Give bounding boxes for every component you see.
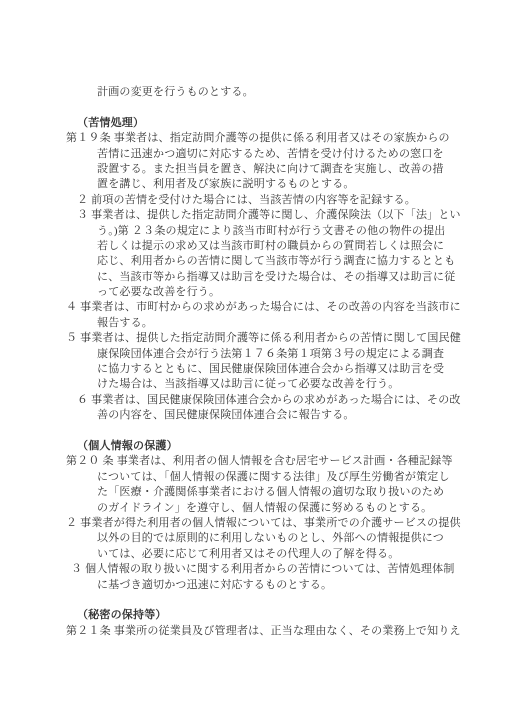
document-page: 計画の変更を行うものとする。 （苦情処理） 第１９条 事業者は、指定訪問介護等の… bbox=[0, 0, 509, 720]
text-line: 康保険団体連合会が行う法第１７６条第１項第３号の規定による調査 bbox=[0, 347, 509, 362]
text-line: ３ 個人情報の取り扱いに関する利用者からの苦情については、苦情処理体制 bbox=[0, 562, 509, 577]
section-heading: （個人情報の保護） bbox=[0, 439, 509, 454]
section-heading: （苦情処理） bbox=[0, 116, 509, 131]
text-line: 第２１条 事業所の従業員及び管理者は、正当な理由なく、その業務上で知りえ bbox=[0, 624, 509, 639]
text-line: については、「個人情報の保護に関する法律」及び厚生労働省が策定し bbox=[0, 470, 509, 485]
text-line: う。)第 ２３条の規定により該当市町村が行う文書その他の物件の提出 bbox=[0, 224, 509, 239]
text-line: 置を講じ、利用者及び家族に説明するものとする。 bbox=[0, 177, 509, 192]
text-line: ４ 事業者は、市町村からの求めがあった場合には、その改善の内容を当該市に bbox=[0, 300, 509, 315]
text-line: 第２０ 条 事業者は、利用者の個人情報を含む居宅サービス計画・各種記録等 bbox=[0, 454, 509, 469]
text-line: いては、必要に応じて利用者又はその代理人の了解を得る。 bbox=[0, 547, 509, 562]
text-line: 若しくは提示の求め又は当該市町村の職員からの質問若しくは照会に bbox=[0, 239, 509, 254]
text-line: 以外の目的では原則的に利用しないものとし、外部への情報提供につ bbox=[0, 531, 509, 546]
text-line: 設置する。また担当員を置き、解決に向けて調査を実施し、改善の措 bbox=[0, 162, 509, 177]
section-heading: （秘密の保持等） bbox=[0, 608, 509, 623]
section-confidentiality: （秘密の保持等） 第２１条 事業所の従業員及び管理者は、正当な理由なく、その業務… bbox=[0, 608, 509, 639]
text-line: ２ 前項の苦情を受付けた場合には、当該苦情の内容等を記録する。 bbox=[0, 193, 509, 208]
text-line: ５ 事業者は、提供した指定訪問介護等に係る利用者からの苦情に関して国民健 bbox=[0, 331, 509, 346]
text-line: 計画の変更を行うものとする。 bbox=[0, 85, 509, 100]
document-body: 計画の変更を行うものとする。 （苦情処理） 第１９条 事業者は、指定訪問介護等の… bbox=[0, 85, 509, 639]
section-complaint-handling: （苦情処理） 第１９条 事業者は、指定訪問介護等の提供に係る利用者又はその家族か… bbox=[0, 116, 509, 424]
text-line: けた場合は、当該指導又は助言に従って必要な改善を行う。 bbox=[0, 377, 509, 392]
text-line: 善の内容を、国民健康保険団体連合会に報告する。 bbox=[0, 408, 509, 423]
text-line: のガイドライン」を遵守し、個人情報の保護に努めるものとする。 bbox=[0, 501, 509, 516]
text-line: 応じ、利用者からの苦情に関して当該市等が行う調査に協力するととも bbox=[0, 254, 509, 269]
text-line: ２ 事業者が得た利用者の個人情報については、事業所での介護サービスの提供 bbox=[0, 516, 509, 531]
text-line: ６ 事業者は、国民健康保険団体連合会からの求めがあった場合には、その改 bbox=[0, 393, 509, 408]
text-line: に基づき適切かつ迅速に対応するものとする。 bbox=[0, 578, 509, 593]
text-line: 第１９条 事業者は、指定訪問介護等の提供に係る利用者又はその家族からの bbox=[0, 131, 509, 146]
text-line: に協力するとともに、国民健康保険団体連合会から指導又は助言を受 bbox=[0, 362, 509, 377]
text-line: た「医療・介護関係事業者における個人情報の適切な取り扱いのため bbox=[0, 485, 509, 500]
text-line: 苦情に迅速かつ適切に対応するため、苦情を受け付けるための窓口を bbox=[0, 147, 509, 162]
text-line: って必要な改善を行う。 bbox=[0, 285, 509, 300]
text-line: ３ 事業者は、提供した指定訪問介護等に関し、介護保険法（以下「法」とい bbox=[0, 208, 509, 223]
text-line: 報告する。 bbox=[0, 316, 509, 331]
section-personal-info-protection: （個人情報の保護） 第２０ 条 事業者は、利用者の個人情報を含む居宅サービス計画… bbox=[0, 439, 509, 593]
text-line: に、当該市等から指導又は助言を受けた場合は、その指導又は助言に従 bbox=[0, 270, 509, 285]
